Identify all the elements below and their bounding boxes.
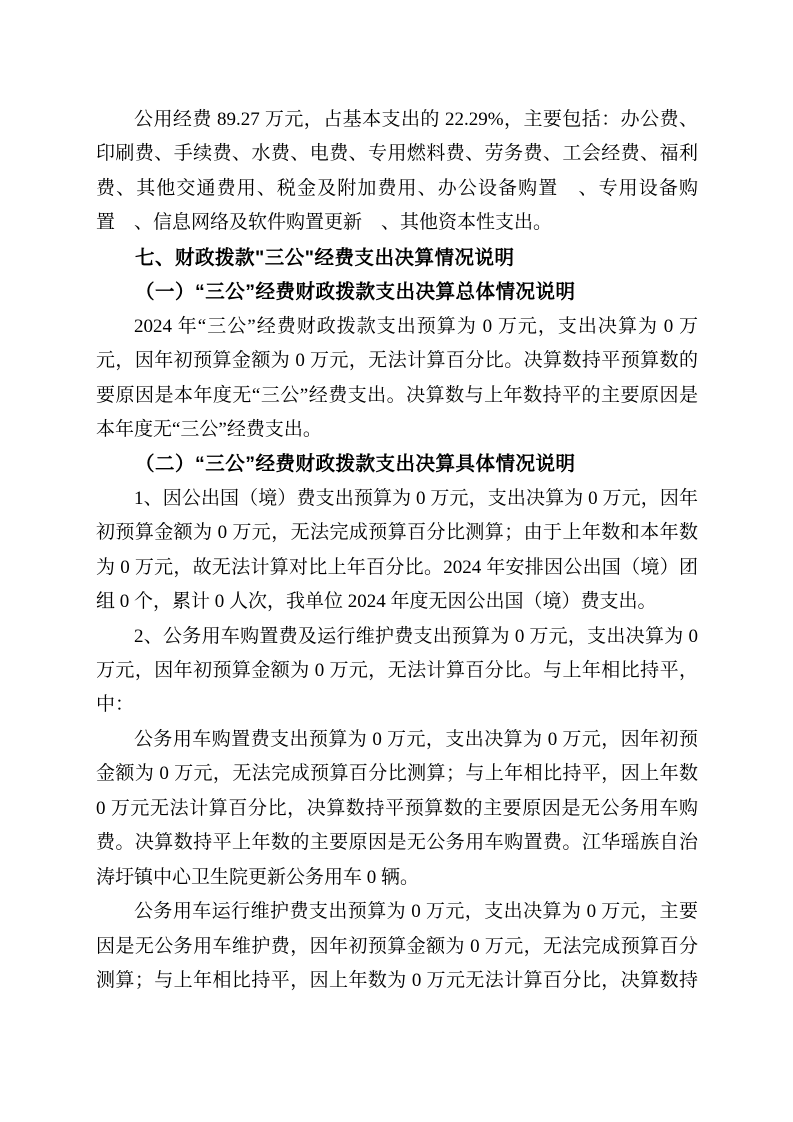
text-line: 中： [96, 688, 698, 722]
section-heading: （二）“三公”经费财政拨款支出决算具体情况说明 [96, 447, 698, 481]
text-line: 初预算金额为 0 万元，无法完成预算百分比测算；由于上年数和本年数都 [96, 516, 698, 550]
text-line: 2024 年“三公”经费财政拨款支出预算为 0 万元，支出决算为 0 万 [96, 310, 698, 344]
text-line: 七、财政拨款"三公"经费支出决算情况说明 [96, 241, 698, 275]
document-page: 公用经费 89.27 万元，占基本支出的 22.29%，主要包括：办公费、印刷费… [0, 0, 793, 1122]
text-line: 万元，因年初预算金额为 0 万元，无法计算百分比。与上年相比持平，其 [96, 654, 698, 688]
text-line: 费、其他交通费用、税金及附加费用、办公设备购置 、专用设备购 [96, 172, 698, 206]
text-line: 公务用车购置费支出预算为 0 万元，支出决算为 0 万元，因年初预算 [96, 723, 698, 757]
text-line: 涛圩镇中心卫生院更新公务用车 0 辆。 [96, 861, 698, 895]
text-line: 0 万元无法计算百分比，决算数持平预算数的主要原因是无公务用车购置 [96, 792, 698, 826]
body-paragraph: 公用经费 89.27 万元，占基本支出的 22.29%，主要包括：办公费、印刷费… [96, 103, 698, 241]
text-line: （一）“三公”经费财政拨款支出决算总体情况说明 [96, 275, 698, 309]
text-line: 费。决算数持平上年数的主要原因是无公务用车购置费。江华瑶族自治县 [96, 826, 698, 860]
section-heading: 七、财政拨款"三公"经费支出决算情况说明 [96, 241, 698, 275]
text-line: 置 、信息网络及软件购置更新 、其他资本性支出。 [96, 206, 698, 240]
text-line: 公务用车运行维护费支出预算为 0 万元，支出决算为 0 万元，主要原 [96, 895, 698, 929]
body-paragraph: 2、公务用车购置费及运行维护费支出预算为 0 万元，支出决算为 0万元，因年初预… [96, 620, 698, 723]
body-paragraph: 2024 年“三公”经费财政拨款支出预算为 0 万元，支出决算为 0 万元，因年… [96, 310, 698, 448]
text-line: 测算；与上年相比持平，因上年数为 0 万元无法计算百分比，决算数持平 [96, 964, 698, 998]
text-line: （二）“三公”经费财政拨款支出决算具体情况说明 [96, 447, 698, 481]
document-content: 公用经费 89.27 万元，占基本支出的 22.29%，主要包括：办公费、印刷费… [96, 103, 698, 998]
section-heading: （一）“三公”经费财政拨款支出决算总体情况说明 [96, 275, 698, 309]
text-line: 本年度无“三公”经费支出。 [96, 413, 698, 447]
text-line: 1、因公出国（境）费支出预算为 0 万元，支出决算为 0 万元，因年 [96, 482, 698, 516]
text-line: 印刷费、手续费、水费、电费、专用燃料费、劳务费、工会经费、福利 [96, 137, 698, 171]
text-line: 组 0 个，累计 0 人次，我单位 2024 年度无因公出国（境）费支出。 [96, 585, 698, 619]
body-paragraph: 公务用车运行维护费支出预算为 0 万元，支出决算为 0 万元，主要原因是无公务用… [96, 895, 698, 998]
text-line: 公用经费 89.27 万元，占基本支出的 22.29%，主要包括：办公费、 [96, 103, 698, 137]
text-line: 为 0 万元，故无法计算对比上年百分比。2024 年安排因公出国（境）团 [96, 551, 698, 585]
body-paragraph: 公务用车购置费支出预算为 0 万元，支出决算为 0 万元，因年初预算金额为 0 … [96, 723, 698, 895]
text-line: 要原因是本年度无“三公”经费支出。决算数与上年数持平的主要原因是 [96, 379, 698, 413]
text-line: 因是无公务用车维护费，因年初预算金额为 0 万元，无法完成预算百分比 [96, 930, 698, 964]
text-line: 元，因年初预算金额为 0 万元，无法计算百分比。决算数持平预算数的主 [96, 344, 698, 378]
text-line: 2、公务用车购置费及运行维护费支出预算为 0 万元，支出决算为 0 [96, 620, 698, 654]
text-line: 金额为 0 万元，无法完成预算百分比测算；与上年相比持平，因上年数为 [96, 757, 698, 791]
body-paragraph: 1、因公出国（境）费支出预算为 0 万元，支出决算为 0 万元，因年初预算金额为… [96, 482, 698, 620]
